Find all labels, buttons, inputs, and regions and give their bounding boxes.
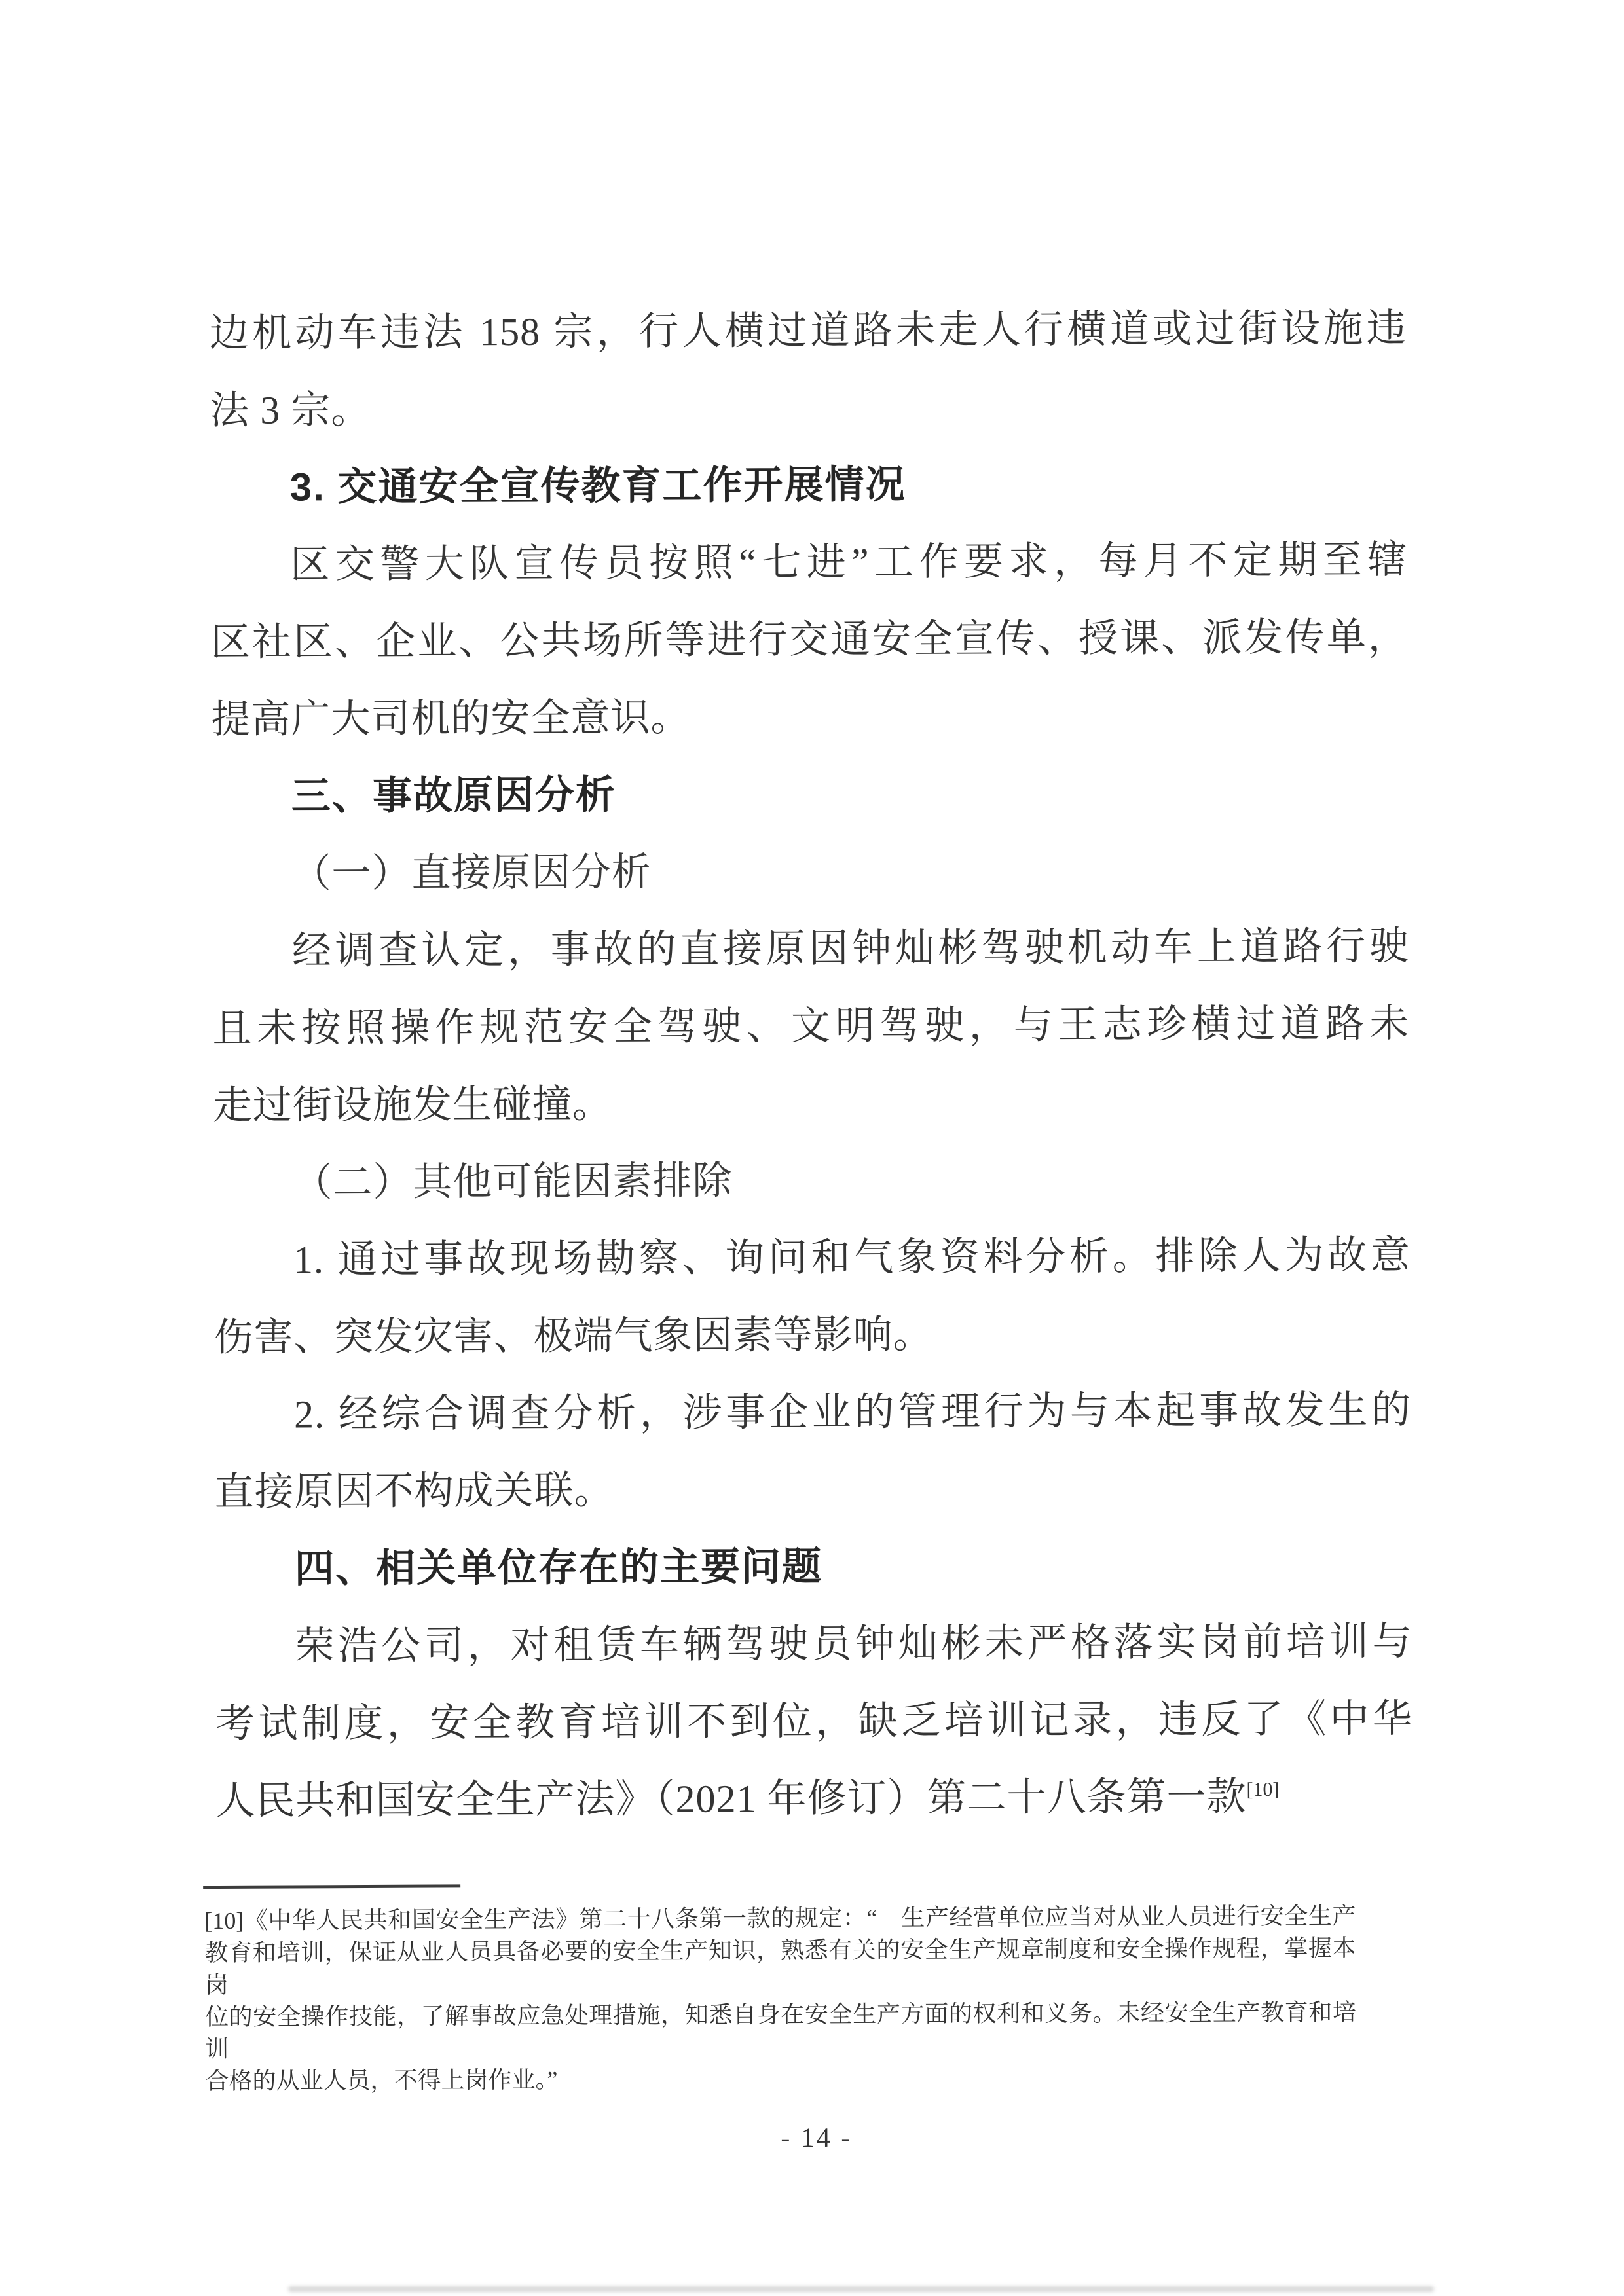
section-heading: 四、相关单位存在的主要问题 (215, 1525, 1412, 1608)
body-text-block: 边机动车违法 158 宗，行人横过道路未走人行横道或过街设施违 法 3 宗。 3… (210, 289, 1413, 1840)
scanned-content: 边机动车违法 158 宗，行人横过道路未走人行横道或过街设施违 法 3 宗。 3… (0, 0, 1624, 2296)
footnote-line: 教育和培训，保证从业人员具备必要的安全生产知识，熟悉有关的安全生产规章制度和安全… (204, 1932, 1356, 2001)
body-line: 伤害、突发灾害、极端气象因素等影响。 (213, 1294, 1411, 1376)
body-line: 区社区、企业、公共场所等进行交通安全宣传、授课、派发传单， (211, 598, 1408, 681)
footnote-line: 合格的从业人员，不得上岗作业。” (205, 2060, 1356, 2098)
page-number: - 14 - (5, 2119, 1624, 2158)
body-line: 区交警大队宣传员按照“七进”工作要求，每月不定期至辖 (210, 521, 1407, 604)
body-line: 经调查认定，事故的直接原因钟灿彬驾驶机动车上道路行驶 (212, 907, 1409, 990)
body-line: 法 3 宗。 (210, 367, 1407, 449)
body-line: 1. 通过事故现场勘察、询问和气象资料分析。排除人为故意 (213, 1216, 1411, 1299)
body-line: 2. 经综合调查分析，涉事企业的管理行为与本起事故发生的 (214, 1371, 1411, 1453)
body-line: 荣浩公司，对租赁车辆驾驶员钟灿彬未严格落实岗前培训与 (215, 1603, 1412, 1685)
section-heading: 三、事故原因分析 (212, 753, 1409, 835)
body-line: 提高广大司机的安全意识。 (211, 676, 1408, 758)
scan-artifact (288, 2286, 1434, 2292)
document-page: 边机动车违法 158 宗，行人横过道路未走人行横道或过街设施违 法 3 宗。 3… (0, 0, 1624, 2296)
body-line: 且未按照操作规范安全驾驶、文明驾驶，与王志珍横过道路未 (212, 985, 1409, 1067)
footnote-block: [10]《中华人民共和国安全生产法》第二十八条第一款的规定：“ 生产经营单位应当… (204, 1900, 1356, 2098)
footnote-line: [10]《中华人民共和国安全生产法》第二十八条第一款的规定：“ 生产经营单位应当… (204, 1900, 1356, 1937)
body-line: 边机动车违法 158 宗，行人横过道路未走人行横道或过街设施违 (210, 289, 1407, 372)
subsection-heading: （一）直接原因分析 (212, 830, 1409, 913)
footnote-line: 位的安全操作技能，了解事故应急处理措施，知悉自身在安全生产方面的权利和义务。未经… (205, 1996, 1356, 2066)
footnote-separator (203, 1884, 460, 1889)
body-line: 直接原因不构成关联。 (214, 1448, 1411, 1531)
body-line: 走过街设施发生碰撞。 (213, 1062, 1410, 1144)
section-heading: 3. 交通安全宣传教育工作开展情况 (210, 444, 1407, 526)
body-line-text: 人民共和国安全生产法》（2021 年修订）第二十八条第一款 (215, 1775, 1246, 1823)
body-line: 考试制度，安全教育培训不到位，缺乏培训记录，违反了《中华 (215, 1680, 1412, 1762)
footnote-reference-marker: [10] (1246, 1779, 1279, 1800)
subsection-heading: （二）其他可能因素排除 (213, 1139, 1410, 1222)
body-line: 人民共和国安全生产法》（2021 年修订）第二十八条第一款[10] (215, 1757, 1412, 1840)
